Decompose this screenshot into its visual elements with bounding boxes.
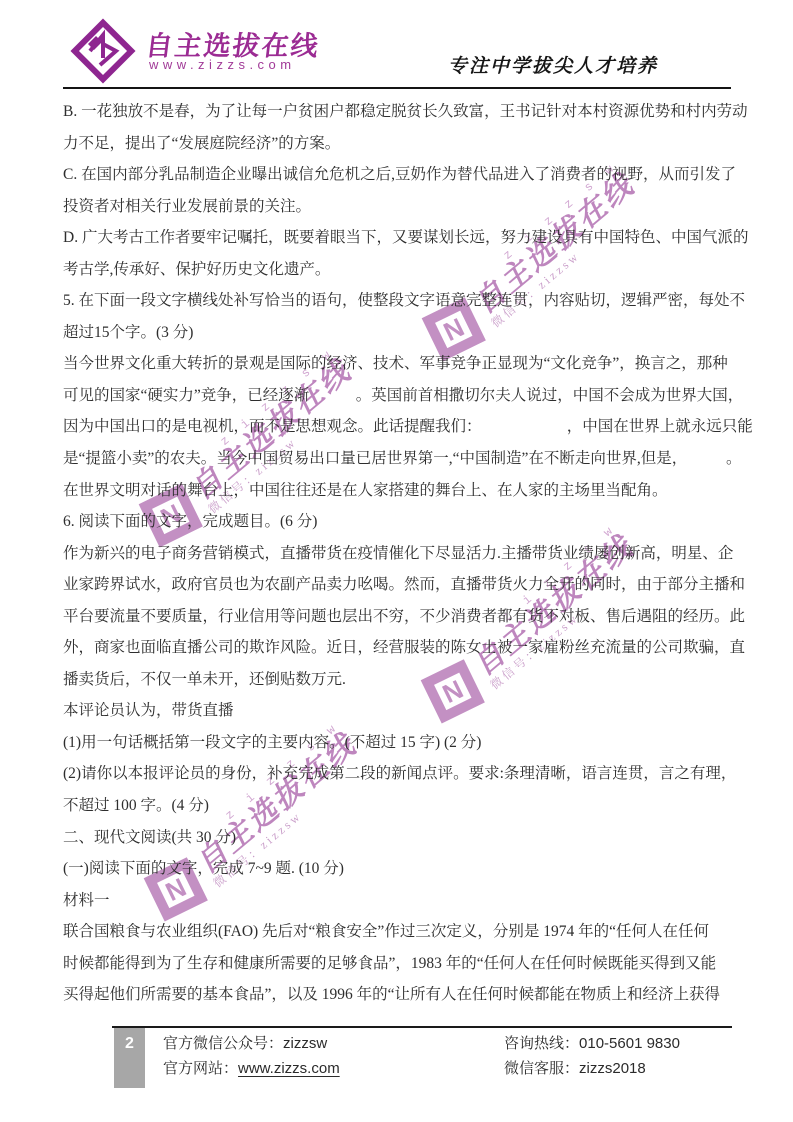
footer-service-label: 微信客服：	[504, 1060, 579, 1077]
text-line: (1)用一句话概括第一段文字的主要内容。(不超过 15 字) (2 分)	[63, 727, 735, 759]
text-line: 投资者对相关行业发展前景的关注。	[63, 191, 735, 223]
text-line: 是“提篮小卖”的农夫。当今中国贸易出口量已居世界第一,“中国制造”在不断走向世界…	[63, 443, 735, 475]
text-line: 考古学,传承好、保护好历史文化遗产。	[63, 254, 735, 286]
text-line: 因为中国出口的是电视机，而不是思想观念。此话提醒我们： ，中国在世界上就永远只能	[63, 411, 735, 443]
text-line: (一)阅读下面的文字，完成 7~9 题. (10 分)	[63, 853, 735, 885]
text-line: 可见的国家“硬实力”竞争，已经逐渐 。英国前首相撒切尔夫人说过，中国不会成为世界…	[63, 380, 735, 412]
header-tagline: 专注中学拔尖人才培养	[448, 51, 658, 78]
footer-service-value: zizzs2018	[579, 1060, 646, 1077]
footer-right-column: 咨询热线：010-5601 9830 微信客服：zizzs2018	[504, 1031, 680, 1081]
brand-url: www.zizzs.com	[149, 57, 296, 72]
text-line: 超过15个字。(3 分)	[63, 317, 735, 349]
exam-body-text: B. 一花独放不是春，为了让每一户贫困户都稳定脱贫长久致富，王书记针对本村资源优…	[63, 96, 735, 1011]
text-line: 作为新兴的电子商务营销模式，直播带货在疫情催化下尽显活力.主播带货业绩屡创新高，…	[63, 538, 735, 570]
text-line: D. 广大考古工作者要牢记嘱托，既要着眼当下，又要谋划长远，努力建设具有中国特色…	[63, 222, 735, 254]
header-divider	[63, 87, 731, 89]
footer-divider	[112, 1026, 732, 1028]
text-line: 本评论员认为，带货直播	[63, 695, 735, 727]
text-line: 不超过 100 字。(4 分)	[63, 790, 735, 822]
footer-hotline-label: 咨询热线：	[504, 1035, 579, 1052]
text-line: 材料一	[63, 885, 735, 917]
footer-site-link[interactable]: www.zizzs.com	[238, 1060, 340, 1077]
text-line: 联合国粮食与农业组织(FAO) 先后对“粮食安全”作过三次定义，分别是 1974…	[63, 916, 735, 948]
footer-site-label: 官方网站：	[163, 1060, 238, 1077]
footer-left-column: 官方微信公众号：zizzsw 官方网站：www.zizzs.com	[163, 1031, 340, 1081]
brand-diamond-logo-icon	[70, 18, 136, 89]
text-line: 播卖货后，不仅一单未开，还倒贴数万元.	[63, 664, 735, 696]
document-page: 自主选拔在线 www.zizzs.com 专注中学拔尖人才培养 N z i z …	[0, 0, 793, 1122]
text-line: 5. 在下面一段文字横线处补写恰当的语句，使整段文字语意完整连贯，内容贴切，逻辑…	[63, 285, 735, 317]
footer-hotline-value: 010-5601 9830	[579, 1035, 680, 1052]
text-line: 6. 阅读下面的文字，完成题目。(6 分)	[63, 506, 735, 538]
text-line: 在世界文明对话的舞台上，中国往往还是在人家搭建的舞台上、在人家的主场里当配角。	[63, 475, 735, 507]
text-line: 当今世界文化重大转折的景观是国际的经济、技术、军事竞争正显现为“文化竞争”，换言…	[63, 348, 735, 380]
text-line: 力不足，提出了“发展庭院经济”的方案。	[63, 128, 735, 160]
text-line: 买得起他们所需要的基本食品”，以及 1996 年的“让所有人在任何时候都能在物质…	[63, 979, 735, 1011]
text-line: 业家跨界试水，政府官员也为农副产品卖力吆喝。然而，直播带货火力全开的同时，由于部…	[63, 569, 735, 601]
text-line: B. 一花独放不是春，为了让每一户贫困户都稳定脱贫长久致富，王书记针对本村资源优…	[63, 96, 735, 128]
text-line: C. 在国内部分乳品制造企业曝出诚信允危机之后,豆奶作为替代品进入了消费者的视野…	[63, 159, 735, 191]
text-line: (2)请你以本报评论员的身份，补充完成第二段的新闻点评。要求:条理清晰，语言连贯…	[63, 758, 735, 790]
footer-wechat-value: zizzsw	[283, 1035, 327, 1052]
footer-wechat-label: 官方微信公众号：	[163, 1035, 283, 1052]
text-line: 时候都能得到为了生存和健康所需要的足够食品”，1983 年的“任何人在任何时候既…	[63, 948, 735, 980]
text-line: 平台要流量不要质量，行业信用等问题也层出不穷，不少消费者都有货不对板、售后遇阻的…	[63, 601, 735, 633]
text-line: 二、现代文阅读(共 30 分)	[63, 822, 735, 854]
text-line: 外，商家也面临直播公司的欺诈风险。近日，经营服装的陈女士被一家雇粉丝充流量的公司…	[63, 632, 735, 664]
page-number-badge: 2	[114, 1028, 145, 1088]
